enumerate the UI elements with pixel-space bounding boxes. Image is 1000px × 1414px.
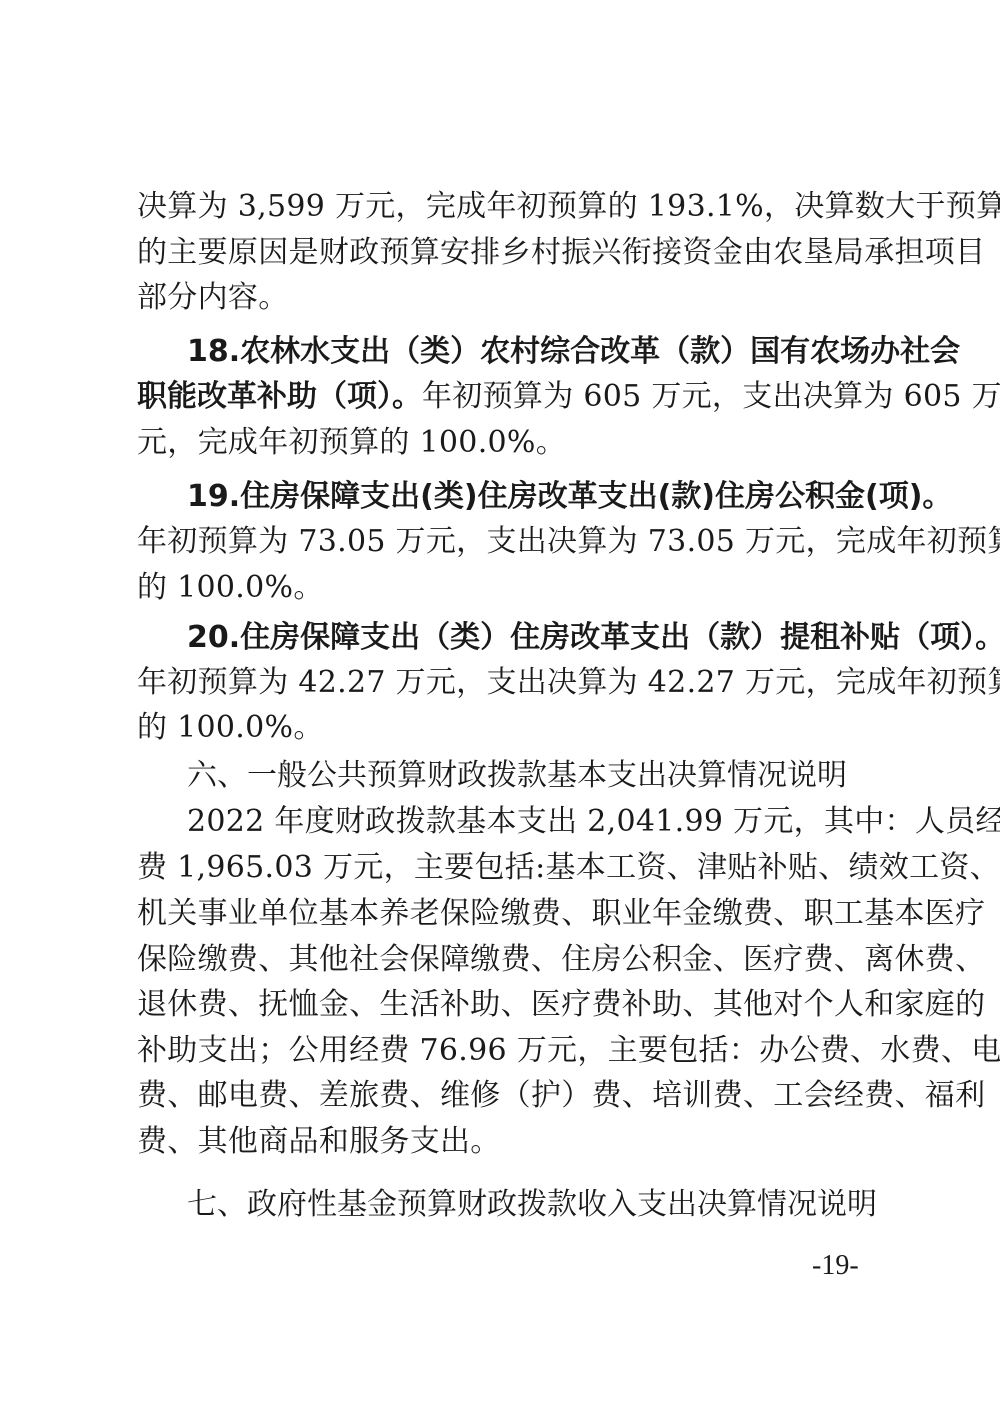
text-line: 的 100.0%。 — [137, 705, 869, 751]
text-line: 的 100.0%。 — [137, 565, 869, 611]
text-line: 年初预算为 73.05 万元，支出决算为 73.05 万元，完成年初预算 — [137, 519, 869, 565]
text-line: 退休费、抚恤金、生活补助、医疗费补助、其他对个人和家庭的 — [137, 982, 869, 1028]
item-heading: 职能改革补助（项）。 — [137, 379, 422, 414]
text-line: 补助支出；公用经费 76.96 万元，主要包括：办公费、水费、电 — [137, 1028, 869, 1074]
text-line: 职能改革补助（项）。年初预算为 605 万元，支出决算为 605 万 — [137, 374, 869, 420]
text-line: 元，完成年初预算的 100.0%。 — [137, 420, 869, 466]
text-line: 费、其他商品和服务支出。 — [137, 1119, 869, 1165]
section-heading: 七、政府性基金预算财政拨款收入支出决算情况说明 — [137, 1182, 869, 1228]
text-line: 的主要原因是财政预算安排乡村振兴衔接资金由农垦局承担项目 — [137, 230, 869, 276]
text-fragment: 年初预算为 605 万元，支出决算为 605 万 — [422, 379, 1000, 414]
text-line: 机关事业单位基本养老保险缴费、职业年金缴费、职工基本医疗 — [137, 891, 869, 937]
text-line: 费、邮电费、差旅费、维修（护）费、培训费、工会经费、福利 — [137, 1073, 869, 1119]
item-heading: 18.农林水支出（类）农村综合改革（款）国有农场办社会 — [137, 329, 869, 375]
page-number: -19- — [812, 1250, 859, 1282]
text-line: 部分内容。 — [137, 275, 869, 321]
section-heading: 六、一般公共预算财政拨款基本支出决算情况说明 — [137, 753, 869, 799]
text-line: 年初预算为 42.27 万元，支出决算为 42.27 万元，完成年初预算 — [137, 660, 869, 706]
item-heading: 20.住房保障支出（类）住房改革支出（款）提租补贴（项）。 — [137, 615, 869, 661]
text-line: 2022 年度财政拨款基本支出 2,041.99 万元，其中：人员经 — [137, 799, 869, 845]
text-line: 保险缴费、其他社会保障缴费、住房公积金、医疗费、离休费、 — [137, 937, 869, 983]
text-line: 决算为 3,599 万元，完成年初预算的 193.1%，决算数大于预算数 — [137, 184, 869, 230]
item-heading: 19.住房保障支出(类)住房改革支出(款)住房公积金(项)。 — [137, 474, 869, 520]
text-line: 费 1,965.03 万元，主要包括:基本工资、津贴补贴、绩效工资、 — [137, 845, 869, 891]
